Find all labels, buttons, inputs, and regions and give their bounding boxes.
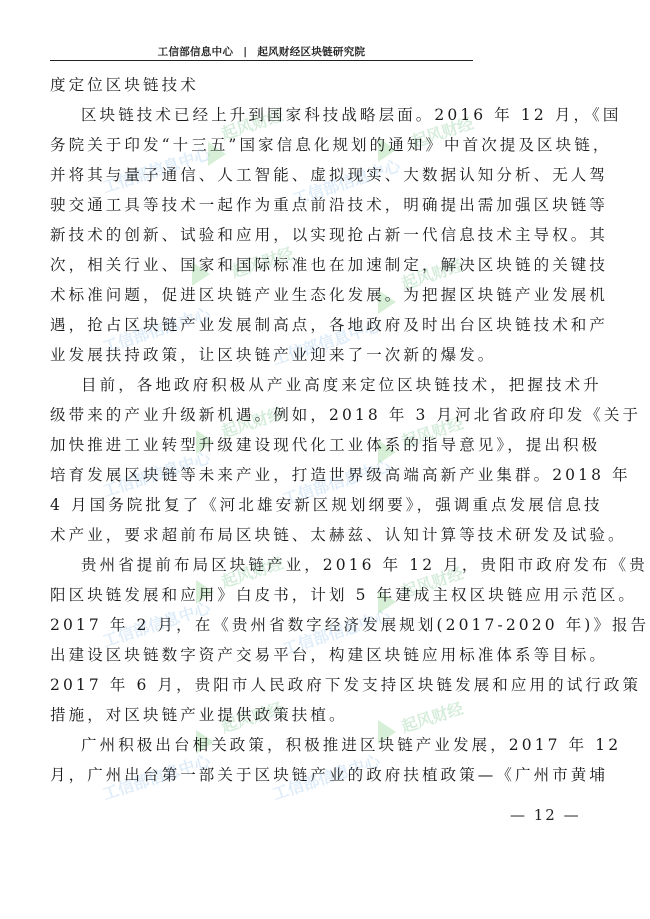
text-line: 遇，抢占区块链产业发展制高点，各地政府及时出台区块链技术和产 (50, 310, 474, 340)
header-org-right: 起风财经区块链研究院 (257, 46, 365, 58)
document-body: 度定位区块链技术 区块链技术已经上升到国家科技战略层面。2016 年 12 月，… (50, 70, 474, 790)
running-header: 工信部信息中心 | 起风财经区块链研究院 (50, 44, 473, 59)
text-line: 贵州省提前布局区块链产业，2016 年 12 月，贵阳市政府发布《贵 (50, 550, 474, 580)
page-number: — 12 — (510, 806, 581, 824)
text-line: 业发展扶持政策，让区块链产业迎来了一次新的爆发。 (50, 340, 474, 370)
document-page: 工信部信息中心 | 起风财经区块链研究院 工信部信息中心 起风财经 工信部信息中… (0, 0, 650, 919)
text-line: 广州积极出台相关政策，积极推进区块链产业发展，2017 年 12 (50, 730, 474, 760)
text-line: 培育发展区块链等未来产业，打造世界级高端高新产业集群。2018 年 (50, 460, 474, 490)
text-line: 新技术的创新、试验和应用，以实现抢占新一代信息技术主导权。其 (50, 220, 474, 250)
text-line: 出建设区块链数字资产交易平台，构建区块链应用标准体系等目标。 (50, 640, 474, 670)
text-line: 度定位区块链技术 (50, 70, 474, 100)
text-line: 2017 年 2 月，在《贵州省数字经济发展规划(2017-2020 年)》报告… (50, 610, 474, 640)
text-line: 术产业，要求超前布局区块链、太赫兹、认知计算等技术研发及试验。 (50, 520, 474, 550)
text-line: 务院关于印发“十三五”国家信息化规划的通知》中首次提及区块链， (50, 130, 474, 160)
text-line: 次，相关行业、国家和国际标准也在加速制定，解决区块链的关键技 (50, 250, 474, 280)
header-separator: | (243, 46, 247, 58)
text-line: 2017 年 6 月，贵阳市人民政府下发支持区块链发展和应用的试行政策 (50, 670, 474, 700)
text-line: 区块链技术已经上升到国家科技战略层面。2016 年 12 月，《国 (50, 100, 474, 130)
text-line: 级带来的产业升级新机遇。例如，2018 年 3 月河北省政府印发《关于 (50, 400, 474, 430)
text-line: 目前，各地政府积极从产业高度来定位区块链技术，把握技术升 (50, 370, 474, 400)
text-line: 术标准问题，促进区块链产业生态化发展。为把握区块链产业发展机 (50, 280, 474, 310)
text-line: 月，广州出台第一部关于区块链产业的政府扶植政策—《广州市黄埔 (50, 760, 474, 790)
header-org-left: 工信部信息中心 (158, 46, 234, 58)
text-line: 驶交通工具等技术一起作为重点前沿技术，明确提出需加强区块链等 (50, 190, 474, 220)
text-line: 加快推进工业转型升级建设现代化工业体系的指导意见》，提出积极 (50, 430, 474, 460)
text-line: 并将其与量子通信、人工智能、虚拟现实、大数据认知分析、无人驾 (50, 160, 474, 190)
header-divider (50, 60, 473, 61)
text-line: 4 月国务院批复了《河北雄安新区规划纲要》，强调重点发展信息技 (50, 490, 474, 520)
text-line: 阳区块链发展和应用》白皮书，计划 5 年建成主权区块链应用示范区。 (50, 580, 474, 610)
text-line: 措施，对区块链产业提供政策扶植。 (50, 700, 474, 730)
